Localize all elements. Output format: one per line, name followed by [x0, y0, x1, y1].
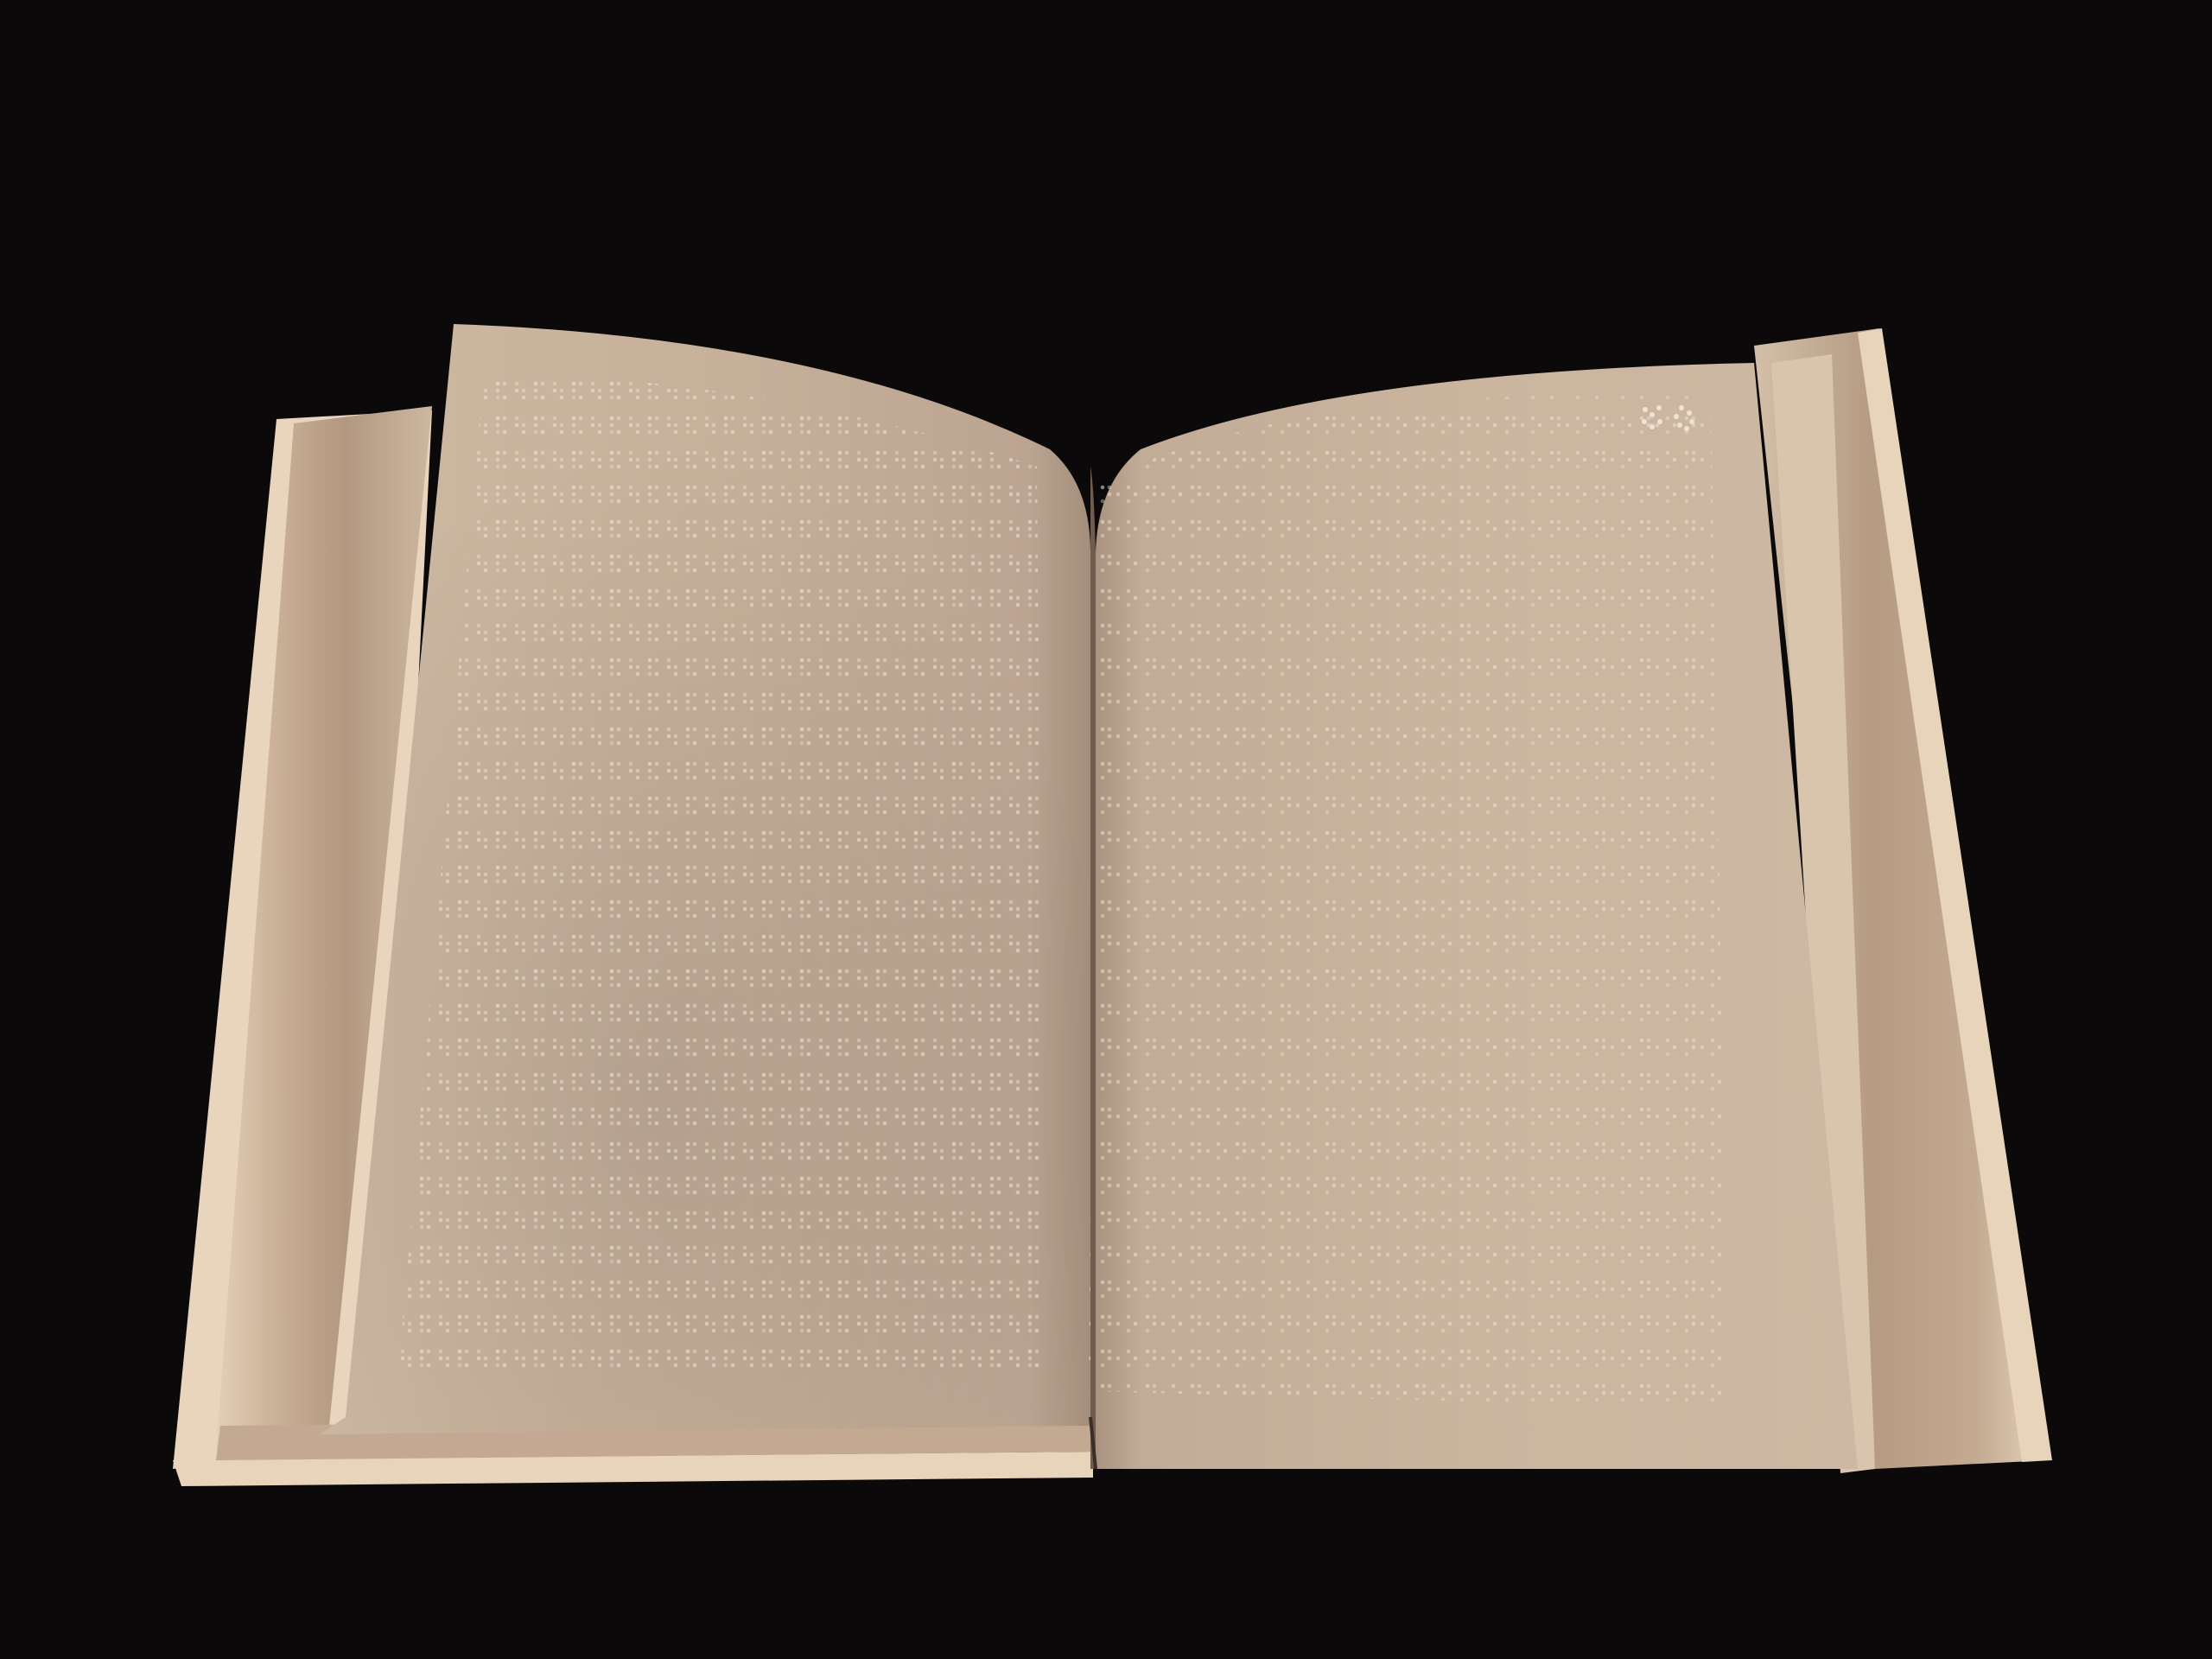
book-illustration: [0, 0, 2212, 1659]
book-gutter: [1090, 467, 1096, 1469]
photo-scene: Open braille book: [0, 0, 2212, 1659]
left-page: [320, 324, 1090, 1434]
right-page: [1089, 363, 1858, 1469]
